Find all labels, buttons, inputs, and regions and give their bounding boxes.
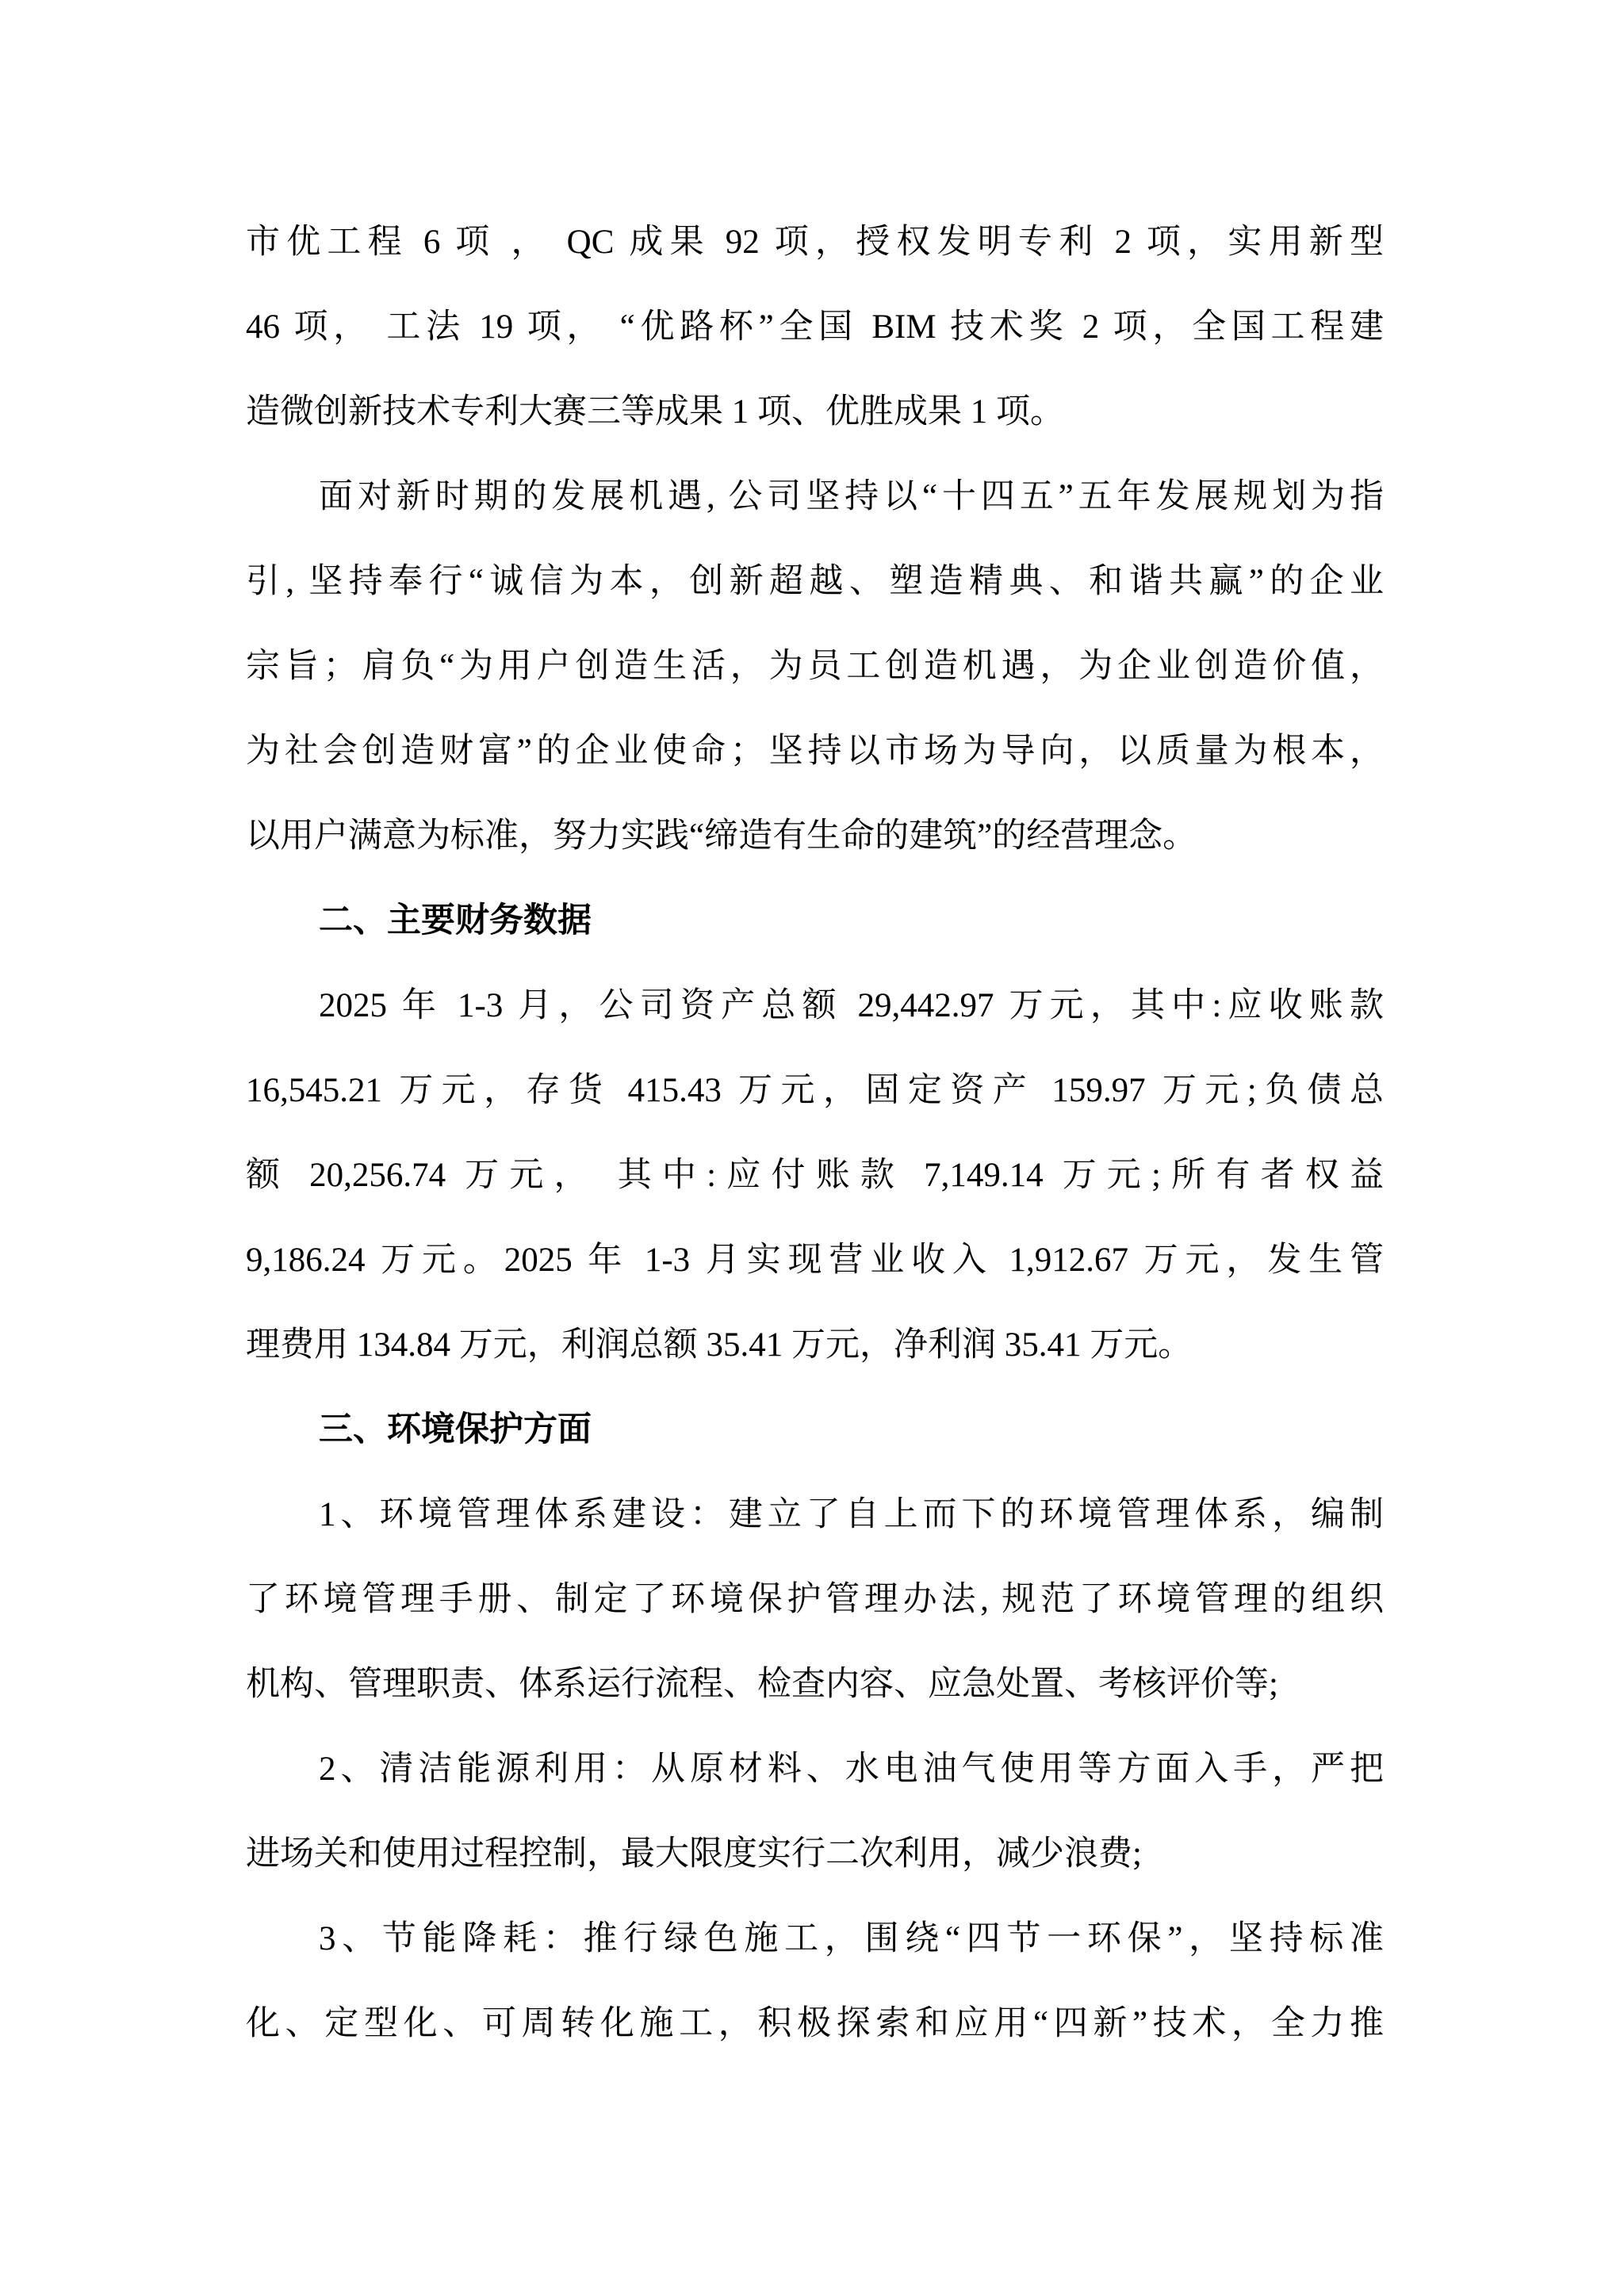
heading-line: 二、主要财务数据 [246,878,1384,963]
text-line: 宗旨；肩负“为用户创造生活，为员工创造机遇，为企业创造价值， [246,624,1384,709]
text-line: 进场关和使用过程控制，最大限度实行二次利用，减少浪费; [246,1812,1384,1896]
text-line: 理费用 134.84 万元，利润总额 35.41 万元，净利润 35.41 万元… [246,1303,1384,1387]
text-line: 造微创新技术专利大赛三等成果 1 项、优胜成果 1 项。 [246,369,1384,454]
body-paragraph: 2、清洁能源利用：从原材料、水电油气使用等方面入手，严把进场关和使用过程控制，最… [246,1727,1384,1896]
text-line: 市优工程 6 项 ， QC 成果 92 项，授权发明专利 2 项，实用新型 [246,200,1384,285]
text-line: 16,545.21 万元，存货 415.43 万元，固定资产 159.97 万元… [246,1048,1384,1133]
text-line: 以用户满意为标准，努力实践“缔造有生命的建筑”的经营理念。 [246,794,1384,878]
text-line: 46 项， 工法 19 项， “优路杯”全国 BIM 技术奖 2 项，全国工程建 [246,285,1384,369]
heading-line: 三、环境保护方面 [246,1387,1384,1472]
text-line: 面对新时期的发展机遇, 公司坚持以“十四五”五年发展规划为指 [246,454,1384,539]
document-page: 市优工程 6 项 ， QC 成果 92 项，授权发明专利 2 项，实用新型46 … [0,0,1624,2296]
text-line: 机构、管理职责、体系运行流程、检查内容、应急处置、考核评价等; [246,1642,1384,1727]
text-line: 2025 年 1-3 月，公司资产总额 29,442.97 万元，其中:应收账款 [246,963,1384,1048]
body-paragraph: 1、环境管理体系建设：建立了自上而下的环境管理体系，编制了环境管理手册、制定了环… [246,1472,1384,1727]
text-line: 为社会创造财富”的企业使命；坚持以市场为导向，以质量为根本， [246,709,1384,794]
text-line: 化、定型化、可周转化施工，积极探索和应用“四新”技术，全力推 [246,1981,1384,2066]
text-line: 了环境管理手册、制定了环境保护管理办法, 规范了环境管理的组织 [246,1557,1384,1642]
section-heading: 三、环境保护方面 [246,1387,1384,1472]
body-paragraph: 3、节能降耗：推行绿色施工，围绕“四节一环保”，坚持标准化、定型化、可周转化施工… [246,1896,1384,2066]
body-paragraph: 面对新时期的发展机遇, 公司坚持以“十四五”五年发展规划为指引, 坚持奉行“诚信… [246,454,1384,878]
body-paragraph: 2025 年 1-3 月，公司资产总额 29,442.97 万元，其中:应收账款… [246,963,1384,1387]
text-line: 引, 坚持奉行“诚信为本，创新超越、塑造精典、和谐共赢”的企业 [246,539,1384,624]
text-line: 3、节能降耗：推行绿色施工，围绕“四节一环保”，坚持标准 [246,1896,1384,1981]
text-line: 额 20,256.74 万元， 其中:应付账款 7,149.14 万元;所有者权… [246,1133,1384,1218]
section-heading: 二、主要财务数据 [246,878,1384,963]
text-line: 1、环境管理体系建设：建立了自上而下的环境管理体系，编制 [246,1472,1384,1557]
document-body: 市优工程 6 项 ， QC 成果 92 项，授权发明专利 2 项，实用新型46 … [246,200,1384,2066]
text-line: 9,186.24 万元。2025 年 1-3 月实现营业收入 1,912.67 … [246,1218,1384,1303]
text-line: 2、清洁能源利用：从原材料、水电油气使用等方面入手，严把 [246,1727,1384,1812]
body-paragraph: 市优工程 6 项 ， QC 成果 92 项，授权发明专利 2 项，实用新型46 … [246,200,1384,454]
